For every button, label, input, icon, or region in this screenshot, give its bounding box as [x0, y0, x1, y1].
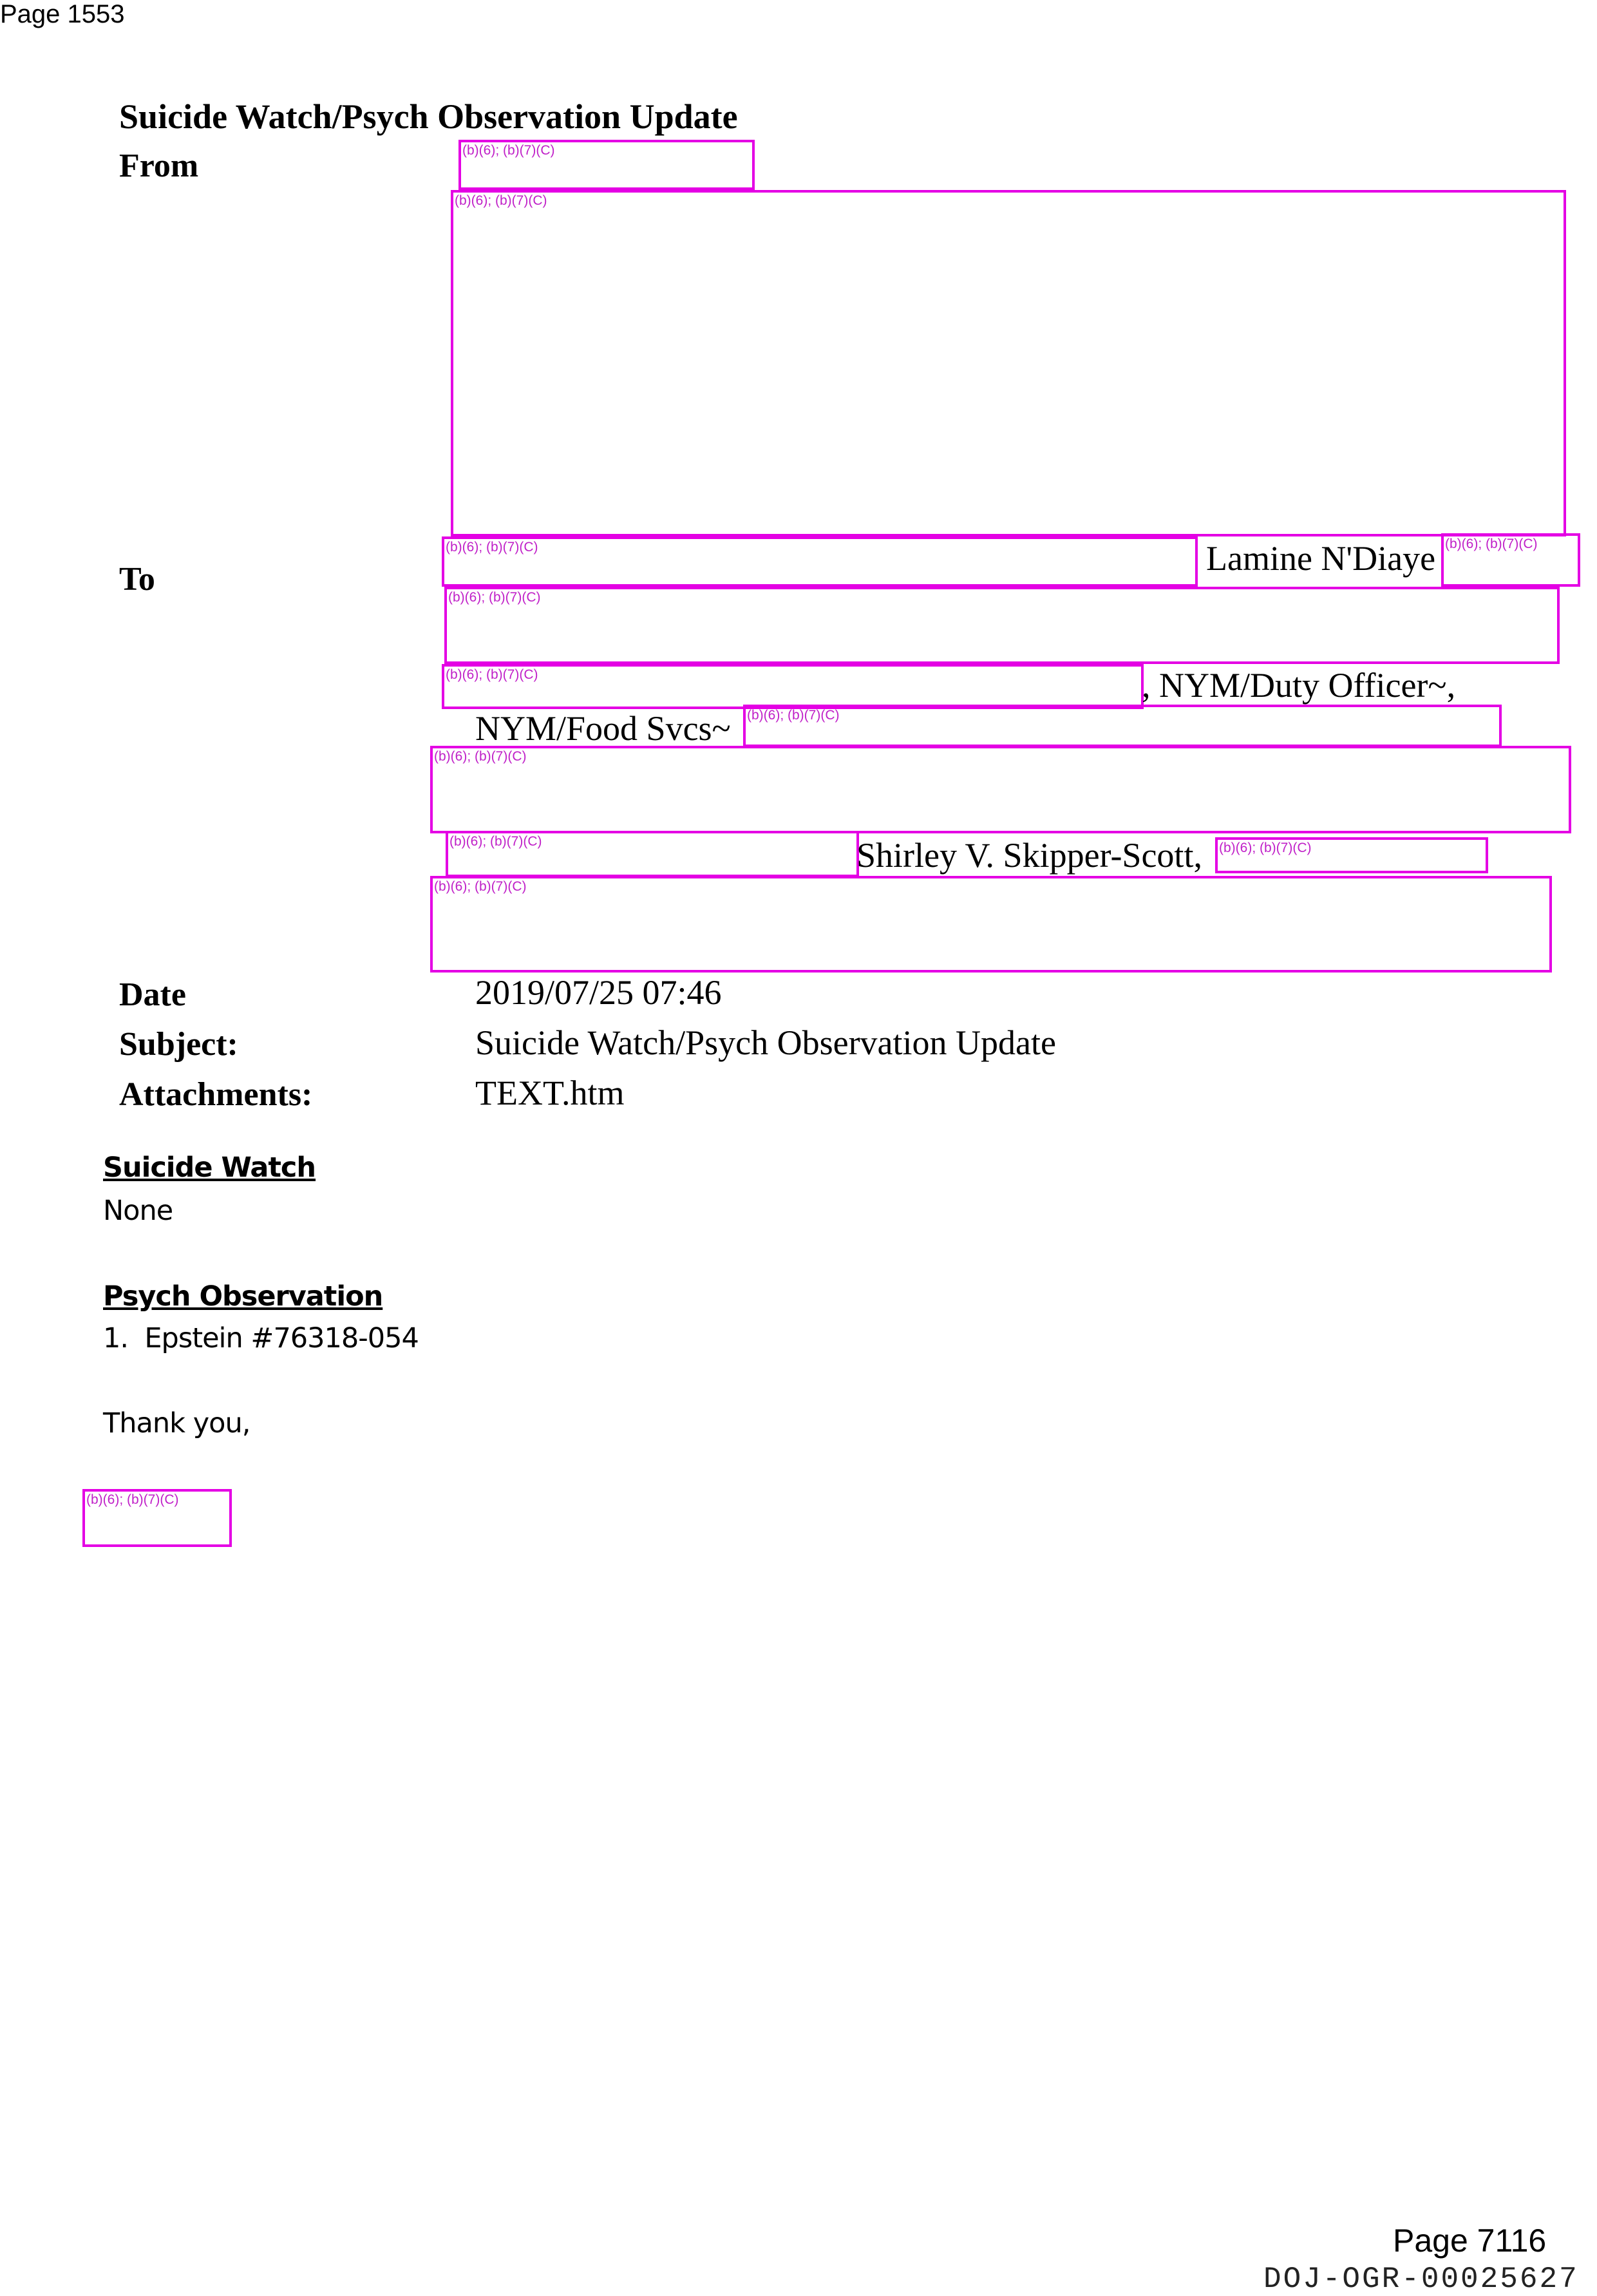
suicide-watch-heading: Suicide Watch	[103, 1152, 316, 1184]
redaction-box: (b)(6); (b)(7)(C)	[458, 140, 755, 190]
redaction-label: (b)(6); (b)(7)(C)	[86, 1493, 178, 1506]
date-label: Date	[119, 976, 186, 1014]
redaction-label: (b)(6); (b)(7)(C)	[1219, 841, 1311, 855]
redaction-label: (b)(6); (b)(7)(C)	[446, 540, 538, 554]
page-header: Page 1553	[0, 0, 125, 29]
redaction-label: (b)(6); (b)(7)(C)	[449, 835, 542, 848]
to-label: To	[119, 560, 155, 598]
redaction-box: (b)(6); (b)(7)(C)	[451, 190, 1566, 536]
redaction-box: (b)(6); (b)(7)(C)	[442, 536, 1198, 587]
subject-value: Suicide Watch/Psych Observation Update	[475, 1023, 1056, 1063]
redaction-label: (b)(6); (b)(7)(C)	[448, 591, 540, 604]
redaction-box: (b)(6); (b)(7)(C)	[446, 831, 859, 877]
footer-page-number: Page 7116	[1393, 2222, 1546, 2259]
recipient-name: Shirley V. Skipper-Scott,	[856, 835, 1202, 875]
redaction-label: (b)(6); (b)(7)(C)	[434, 880, 526, 893]
subject-label: Subject:	[119, 1025, 238, 1063]
closing-text: Thank you,	[103, 1407, 250, 1439]
recipient-group: NYM/Food Svcs~	[475, 708, 731, 748]
redaction-label: (b)(6); (b)(7)(C)	[455, 194, 547, 207]
redaction-label: (b)(6); (b)(7)(C)	[434, 750, 526, 763]
suicide-watch-text: None	[103, 1195, 173, 1227]
redaction-label: (b)(6); (b)(7)(C)	[446, 668, 538, 681]
bates-number: DOJ-OGR-00025627	[1263, 2263, 1579, 2296]
redaction-box: (b)(6); (b)(7)(C)	[743, 705, 1502, 747]
redaction-box: (b)(6); (b)(7)(C)	[1441, 533, 1580, 587]
psych-observation-heading: Psych Observation	[103, 1280, 383, 1313]
psych-observation-item: 1. Epstein #76318-054	[103, 1322, 419, 1354]
attachments-label: Attachments:	[119, 1076, 312, 1114]
redaction-label: (b)(6); (b)(7)(C)	[747, 708, 839, 722]
redaction-label: (b)(6); (b)(7)(C)	[1445, 537, 1537, 551]
redaction-box: (b)(6); (b)(7)(C)	[1215, 837, 1488, 873]
redaction-box: (b)(6); (b)(7)(C)	[444, 587, 1560, 664]
redaction-box: (b)(6); (b)(7)(C)	[430, 746, 1571, 833]
redaction-box: (b)(6); (b)(7)(C)	[430, 876, 1552, 972]
redaction-label: (b)(6); (b)(7)(C)	[462, 144, 554, 157]
email-title: Suicide Watch/Psych Observation Update	[119, 97, 738, 137]
attachment-file: TEXT.htm	[475, 1073, 624, 1113]
date-value: 2019/07/25 07:46	[475, 972, 722, 1012]
recipient-group: , NYM/Duty Officer~,	[1142, 665, 1455, 705]
signature-redaction-box: (b)(6); (b)(7)(C)	[82, 1489, 232, 1547]
from-label: From	[119, 147, 198, 185]
redaction-box: (b)(6); (b)(7)(C)	[442, 664, 1144, 709]
recipient-name: Lamine N'Diaye	[1206, 538, 1435, 578]
